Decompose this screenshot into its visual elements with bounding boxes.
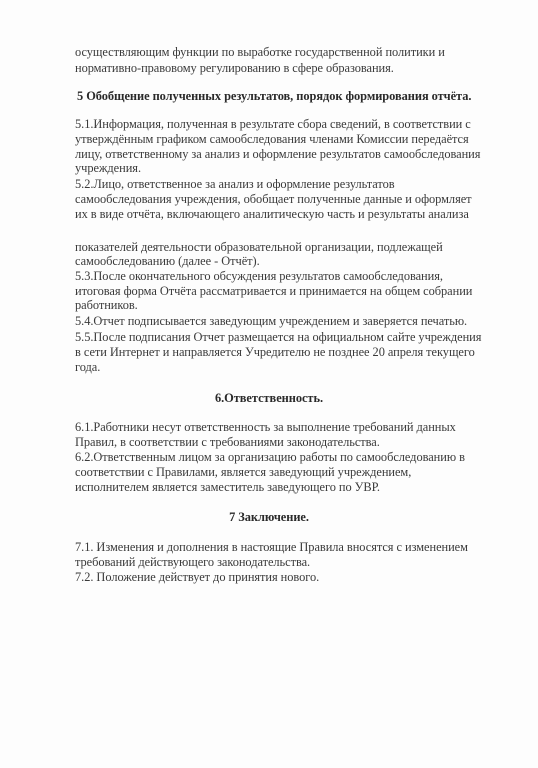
text-line: осуществляющим функции по выработке госу… — [75, 45, 445, 59]
text-line: 7.2. Положение действует до принятия нов… — [75, 570, 319, 584]
text-line: 5.3.После окончательного обсуждения резу… — [75, 269, 443, 283]
section-heading-6: 6.Ответственность. — [0, 391, 538, 405]
text-line: 7.1. Изменения и дополнения в настоящие … — [75, 540, 468, 554]
text-line: Правил, в соответствии с требованиями за… — [75, 435, 380, 449]
text-line: самообследованию (далее - Отчёт). — [75, 254, 260, 268]
text-line: 5.1.Информация, полученная в результате … — [75, 117, 471, 131]
section-heading-5: 5 Обобщение полученных результатов, поря… — [77, 89, 471, 103]
text-line: в сети Интернет и направляется Учредител… — [75, 345, 475, 359]
text-line: 6.2.Ответственным лицом за организацию р… — [75, 450, 465, 464]
text-line: их в виде отчёта, включающего аналитичес… — [75, 207, 469, 221]
text-line: нормативно-правовому регулированию в сфе… — [75, 61, 394, 75]
text-line: соответствии с Правилами, является завед… — [75, 465, 411, 479]
text-line: требований действующего законодательства… — [75, 555, 310, 569]
text-line: утверждённым графиком самообследования ч… — [75, 132, 469, 146]
text-line: 5.5.После подписания Отчет размещается н… — [75, 330, 481, 344]
text-line: самообследования учреждения, обобщает по… — [75, 192, 472, 206]
text-line: работников. — [75, 298, 138, 312]
text-line: исполнителем является заместитель заведу… — [75, 480, 380, 494]
text-line: учреждения. — [75, 161, 141, 175]
document-page: осуществляющим функции по выработке госу… — [0, 0, 538, 768]
text-line: года. — [75, 360, 100, 374]
section-heading-7: 7 Заключение. — [0, 510, 538, 524]
text-line: показателей деятельности образовательной… — [75, 240, 443, 254]
text-line: 5.4.Отчет подписывается заведующим учреж… — [75, 314, 467, 328]
text-line: 5.2.Лицо, ответственное за анализ и офор… — [75, 177, 395, 191]
text-line: итоговая форма Отчёта рассматривается и … — [75, 284, 472, 298]
text-line: 6.1.Работники несут ответственность за в… — [75, 420, 456, 434]
text-line: лицу, ответственному за анализ и оформле… — [75, 147, 480, 161]
